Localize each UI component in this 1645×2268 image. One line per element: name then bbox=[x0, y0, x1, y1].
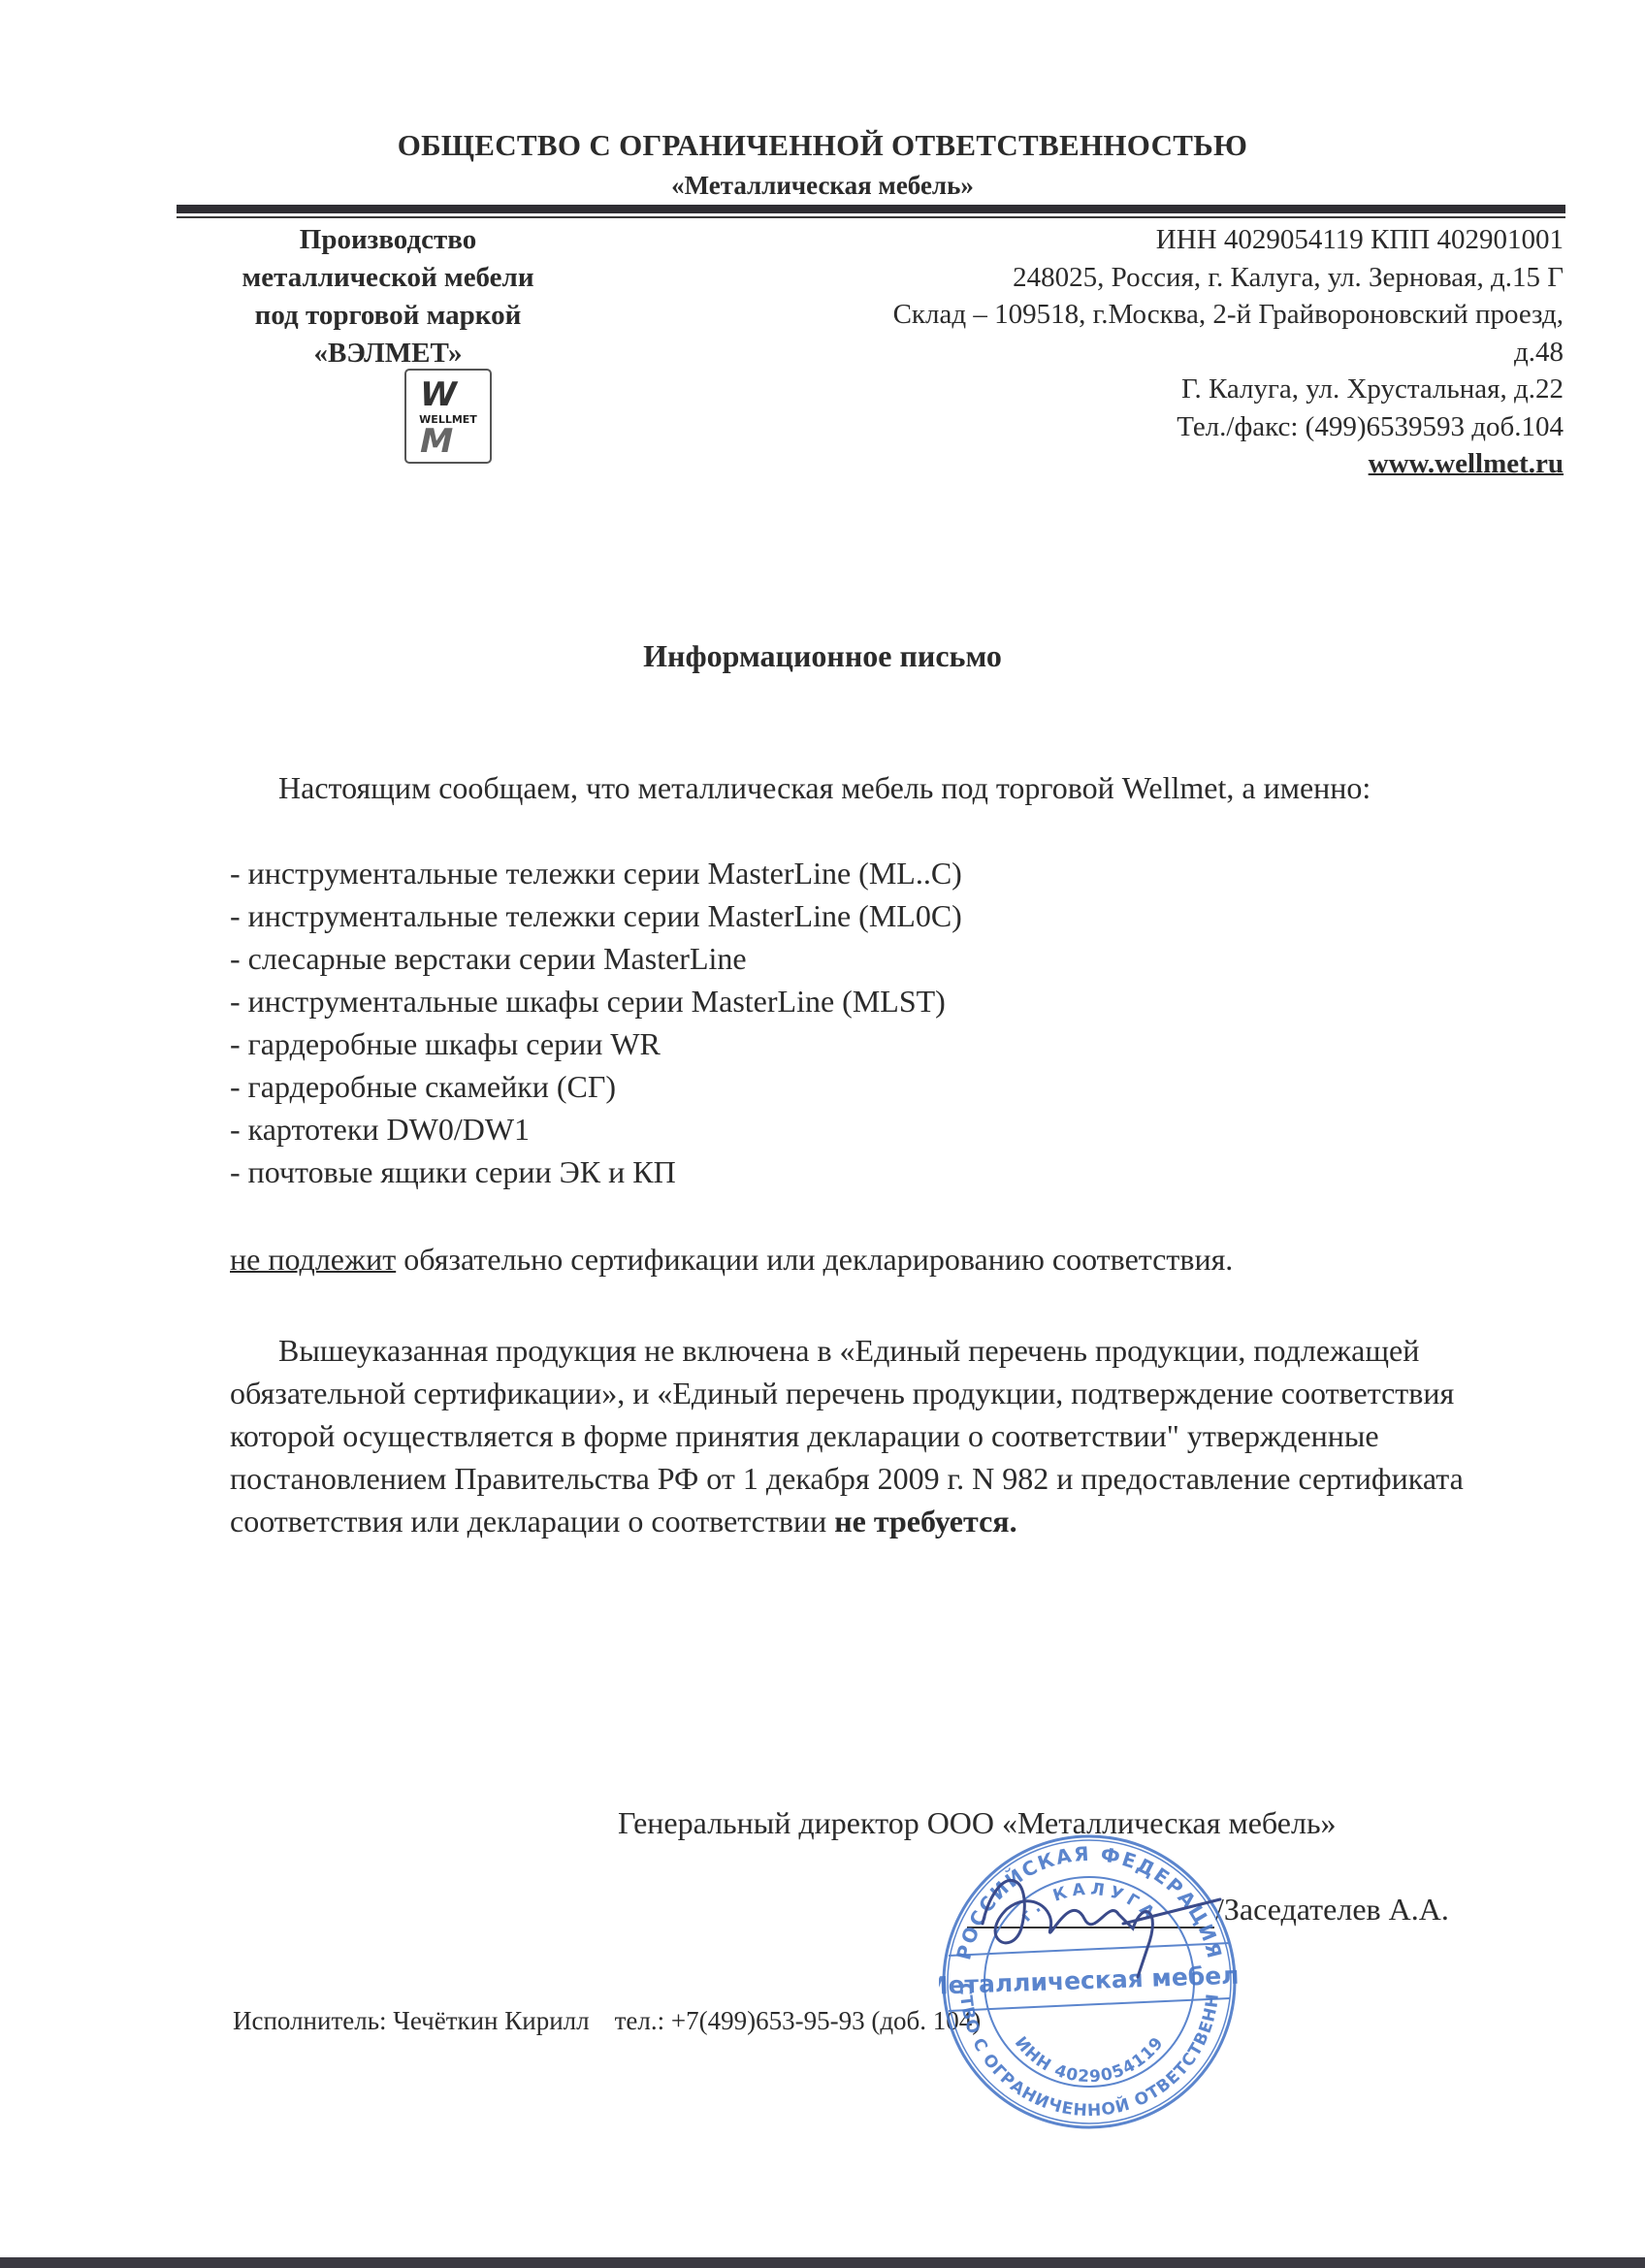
requisites-phone: Тел./факс: (499)6539593 доб.104 bbox=[691, 408, 1564, 446]
executor-info: Исполнитель: Чечёткин Кириллтел.: +7(499… bbox=[233, 2006, 981, 2036]
product-list: - инструментальные тележки серии MasterL… bbox=[230, 852, 1530, 1193]
production-description: Производство металлической мебели под то… bbox=[194, 221, 582, 373]
production-line: металлической мебели bbox=[194, 259, 582, 297]
list-item: - гардеробные шкафы серии WR bbox=[230, 1022, 1530, 1065]
executor-name: Исполнитель: Чечёткин Кирилл bbox=[233, 2006, 590, 2035]
logo-w-icon: W bbox=[416, 378, 454, 411]
production-line: под торговой маркой bbox=[194, 297, 582, 335]
certification-notice: не подлежит обязательно сертификации или… bbox=[230, 1238, 1530, 1280]
signer-name: /Заседателев А.А. bbox=[1215, 1892, 1449, 1928]
company-requisites: ИНН 4029054119 КПП 402901001 248025, Рос… bbox=[691, 221, 1564, 483]
intro-paragraph: Настоящим сообщаем, что металлическая ме… bbox=[230, 766, 1530, 809]
notice-emphasis: не подлежит bbox=[230, 1242, 396, 1277]
document-title: Информационное письмо bbox=[0, 638, 1645, 674]
list-item: - инструментальные шкафы серии MasterLin… bbox=[230, 980, 1530, 1022]
svg-text:"Металлическая мебель": "Металлическая мебель" bbox=[939, 1960, 1240, 2001]
legal-paragraph: Вышеуказанная продукция не включена в «Е… bbox=[230, 1329, 1530, 1542]
requisites-warehouse-address-cont: д.48 bbox=[691, 334, 1564, 372]
list-item: - гардеробные скамейки (СГ) bbox=[230, 1065, 1530, 1108]
requisites-inn-kpp: ИНН 4029054119 КПП 402901001 bbox=[691, 221, 1564, 259]
list-item: - картотеки DW0/DW1 bbox=[230, 1108, 1530, 1150]
requisites-warehouse-address: Склад – 109518, г.Москва, 2-й Грайвороно… bbox=[691, 296, 1564, 334]
requisites-legal-address: 248025, Россия, г. Калуга, ул. Зерновая,… bbox=[691, 259, 1564, 297]
organization-legal-form: ОБЩЕСТВО С ОГРАНИЧЕННОЙ ОТВЕТСТВЕННОСТЬЮ bbox=[0, 128, 1645, 163]
list-item: - почтовые ящики серии ЭК и КП bbox=[230, 1150, 1530, 1193]
list-item: - инструментальные тележки серии MasterL… bbox=[230, 894, 1530, 937]
list-item: - инструментальные тележки серии MasterL… bbox=[230, 852, 1530, 894]
svg-text:ИНН 4029054119: ИНН 4029054119 bbox=[1011, 2033, 1168, 2087]
executor-phone: тел.: +7(499)653-95-93 (доб. 104) bbox=[615, 2006, 982, 2035]
production-line: «ВЭЛМЕТ» bbox=[194, 335, 582, 373]
legal-conclusion: не требуется. bbox=[834, 1504, 1016, 1539]
scan-bottom-edge bbox=[0, 2257, 1645, 2268]
company-seal-icon: РОССИЙСКАЯ ФЕДЕРАЦИЯ г. КАЛУГА "Металлич… bbox=[939, 1831, 1240, 2132]
production-line: Производство bbox=[194, 221, 582, 259]
header-divider-thick bbox=[177, 205, 1565, 213]
website-link[interactable]: www.wellmet.ru bbox=[1369, 448, 1564, 479]
organization-name: «Металлическая мебель» bbox=[0, 171, 1645, 201]
requisites-office-address: Г. Калуга, ул. Хрустальная, д.22 bbox=[691, 371, 1564, 408]
logo-m-icon: M bbox=[416, 425, 450, 458]
wellmet-logo: W WELLMET M bbox=[404, 369, 492, 464]
list-item: - слесарные верстаки серии MasterLine bbox=[230, 937, 1530, 980]
header-divider-thin bbox=[177, 216, 1565, 218]
notice-text: обязательно сертификации или декларирова… bbox=[396, 1242, 1233, 1277]
